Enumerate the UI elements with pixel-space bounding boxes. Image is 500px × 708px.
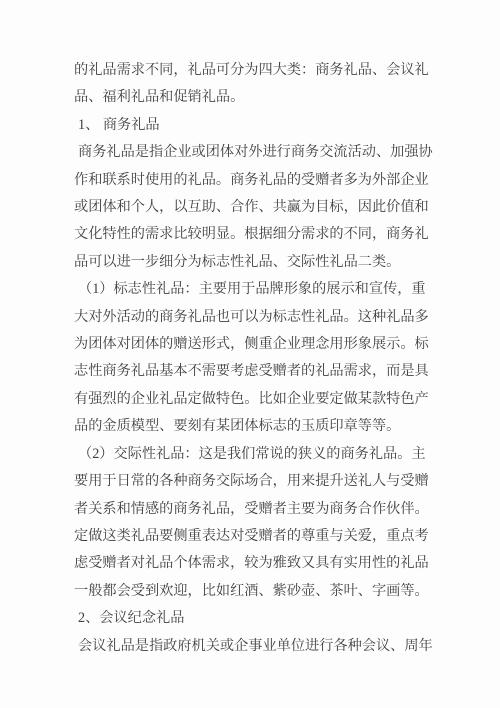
text-line: 作和联系时使用的礼品。商务礼品的受赠者多为外部企业 [74,167,430,194]
text-line: 1、 商务礼品 [74,112,430,139]
text-line: 商务礼品是指企业或团体对外进行商务交流活动、加强协 [74,139,430,166]
text-line: 2、会议纪念礼品 [74,605,430,632]
text-line: 者关系和情感的商务礼品，受赠者主要为商务合作伙伴。 [74,496,430,523]
text-line: 的礼品需求不同，礼品可分为四大类：商务礼品、会议礼 [74,57,430,84]
text-line: 虑受赠者对礼品个体需求，较为雅致又具有实用性的礼品 [74,550,430,577]
text-line: （2）交际性礼品：这是我们常说的狭义的商务礼品。主 [74,441,430,468]
text-line: 有强烈的企业礼品定做特色。比如企业要定做某款特色产 [74,386,430,413]
text-line: 会议礼品是指政府机关或企事业单位进行各种会议、周年 [74,633,430,660]
text-line: 志性商务礼品基本不需要考虑受赠者的礼品需求，而是具 [74,358,430,385]
document-page: 的礼品需求不同，礼品可分为四大类：商务礼品、会议礼品、福利礼品和促销礼品。1、 … [0,0,500,708]
text-line: 要用于日常的各种商务交际场合，用来提升送礼人与受赠 [74,468,430,495]
text-line: 为团体对团体的赠送形式，侧重企业理念用形象展示。标 [74,331,430,358]
text-line: 或团体和个人，以互助、合作、共赢为目标，因此价值和 [74,194,430,221]
text-line: 品可以进一步细分为标志性礼品、交际性礼品二类。 [74,249,430,276]
document-lines: 的礼品需求不同，礼品可分为四大类：商务礼品、会议礼品、福利礼品和促销礼品。1、 … [74,57,430,660]
text-line: 大对外活动的商务礼品也可以为标志性礼品。这种礼品多 [74,304,430,331]
text-line: 品的金质模型、要刻有某团体标志的玉质印章等等。 [74,413,430,440]
text-line: （1）标志性礼品：主要用于品牌形象的展示和宣传，重 [74,276,430,303]
text-line: 一般都会受到欢迎，比如红酒、紫砂壶、茶叶、字画等。 [74,578,430,605]
text-line: 文化特性的需求比较明显。根据细分需求的不同，商务礼 [74,221,430,248]
text-line: 定做这类礼品要侧重表达对受赠者的尊重与关爱，重点考 [74,523,430,550]
text-line: 品、福利礼品和促销礼品。 [74,84,430,111]
